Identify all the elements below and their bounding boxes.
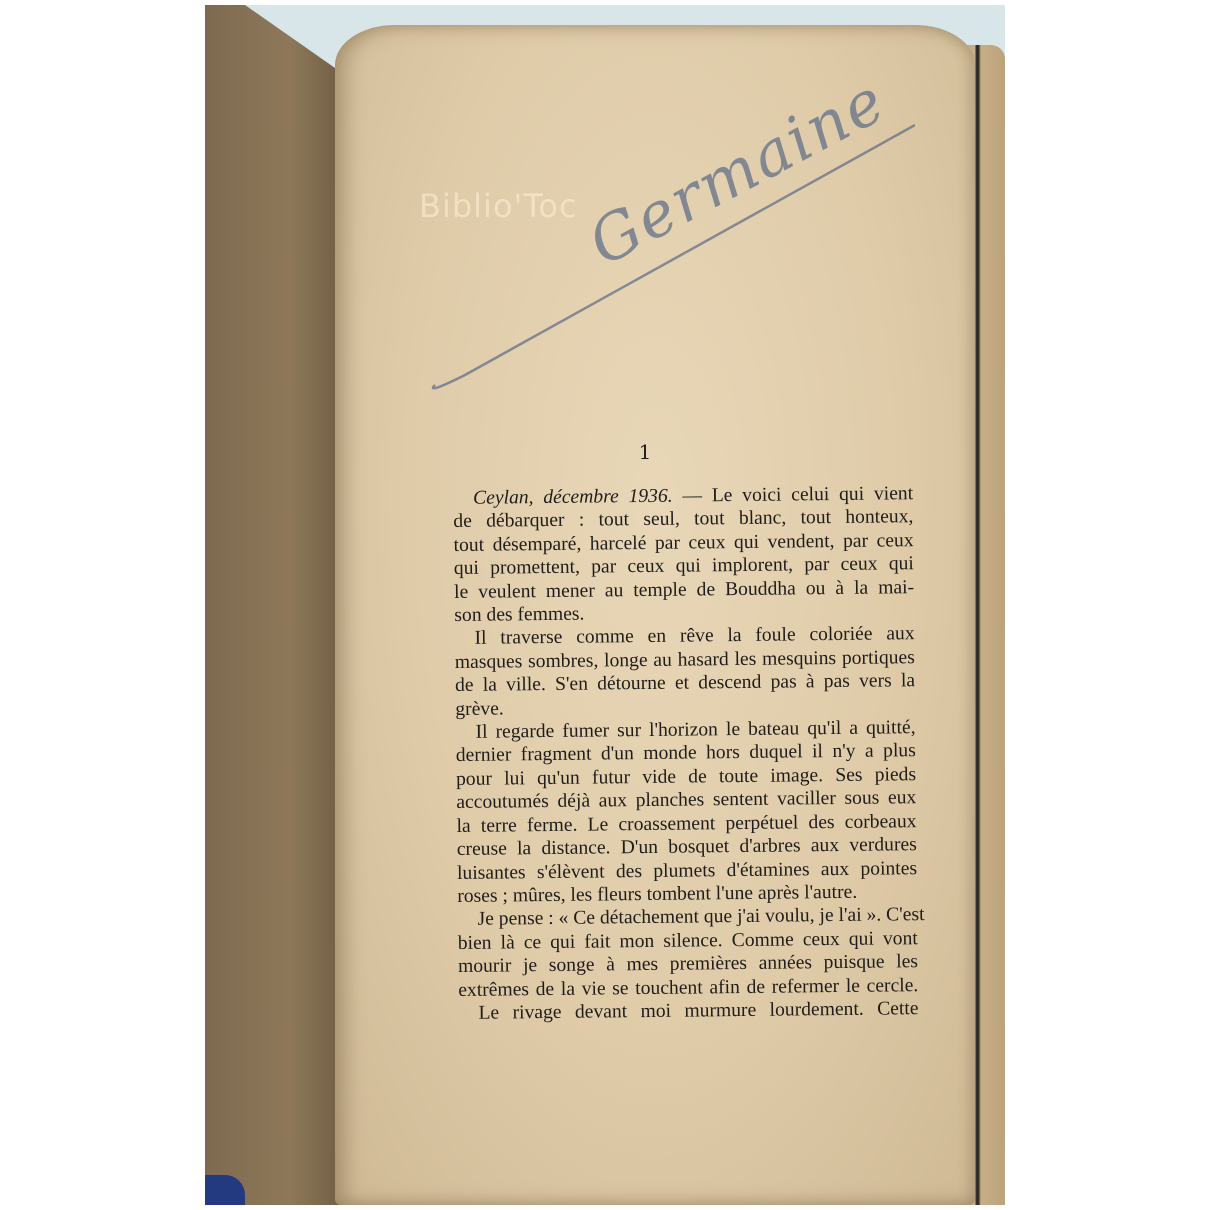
text-line: de la ville. S'en détourne et descend pa… [455,669,915,697]
book-page: Germaine Biblio'Toc 1 Ceylan, décembre 1… [335,25,975,1205]
book-photo: Germaine Biblio'Toc 1 Ceylan, décembre 1… [205,5,1005,1205]
watermark: Biblio'Toc [419,187,578,225]
text-line: Le rivage devant moi murmure lourdement.… [458,997,918,1025]
chapter-number: 1 [335,440,955,464]
text-line: le veulent mener au temple de Bouddha ou… [454,576,914,604]
dateline: Ceylan, décembre 1936. [473,486,673,509]
body-text: Ceylan, décembre 1936. — Le voici celui … [453,482,919,1025]
left-page [205,5,345,1205]
